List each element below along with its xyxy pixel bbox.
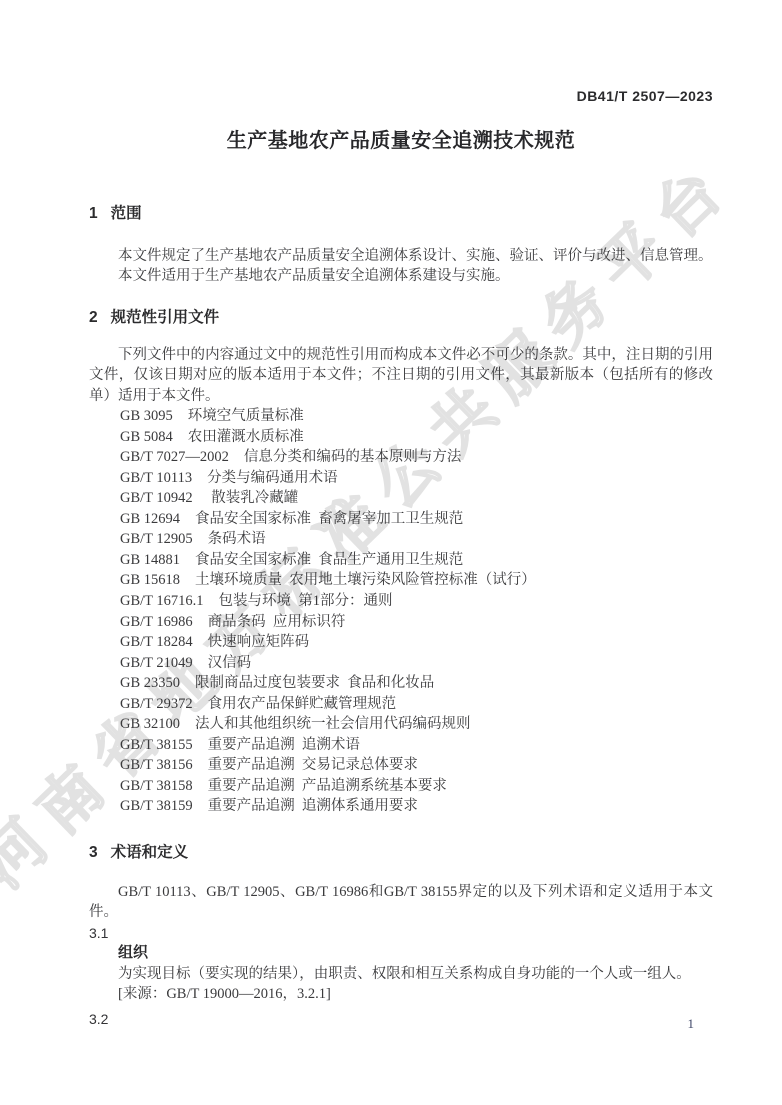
reference-title: 散装乳冷藏罐 xyxy=(208,490,299,506)
reference-title: 限制商品过度包装要求 食品和化妆品 xyxy=(195,675,434,691)
scope-paragraph-1: 本文件规定了生产基地农产品质量安全追溯体系设计、实施、验证、评价与改进、信息管理… xyxy=(89,246,713,266)
reference-code: GB 32100 xyxy=(120,716,180,732)
reference-code: GB 12694 xyxy=(120,511,180,527)
reference-code: GB/T 21049 xyxy=(120,655,193,671)
reference-code: GB 23350 xyxy=(120,675,180,691)
reference-item: GB/T 29372食用农产品保鲜贮藏管理规范 xyxy=(120,694,713,715)
reference-title: 信息分类和编码的基本原则与方法 xyxy=(244,449,462,465)
reference-item: GB/T 18284快速响应矩阵码 xyxy=(120,632,713,653)
reference-item: GB/T 10113分类与编码通用术语 xyxy=(120,468,713,489)
term-definition: 为实现目标（要实现的结果），由职责、权限和相互关系构成自身功能的一个人或一组人。 xyxy=(118,964,713,984)
reference-item: GB/T 38159重要产品追溯 追溯体系通用要求 xyxy=(120,796,713,817)
reference-title: 重要产品追溯 追溯术语 xyxy=(208,737,360,753)
section-terms-heading: 3术语和定义 xyxy=(89,842,713,863)
reference-title: 重要产品追溯 追溯体系通用要求 xyxy=(208,798,418,814)
reference-item: GB 3095环境空气质量标准 xyxy=(120,406,713,427)
reference-code: GB/T 7027—2002 xyxy=(120,449,229,465)
reference-item: GB/T 38155重要产品追溯 追溯术语 xyxy=(120,735,713,756)
term-name: 组织 xyxy=(118,943,713,964)
reference-title: 重要产品追溯 产品追溯系统基本要求 xyxy=(208,778,447,794)
reference-title: 食用农产品保鲜贮藏管理规范 xyxy=(208,696,397,712)
section-references-heading: 2规范性引用文件 xyxy=(89,307,713,328)
reference-item: GB 14881食品安全国家标准 食品生产通用卫生规范 xyxy=(120,550,713,571)
page-content: DB41/T 2507—2023 生产基地农产品质量安全追溯技术规范 1范围 本… xyxy=(89,88,713,1029)
section-references-number: 2 xyxy=(89,309,98,326)
reference-title: 重要产品追溯 交易记录总体要求 xyxy=(208,757,418,773)
document-page: 河南省地方标准公共服务平台 DB41/T 2507—2023 生产基地农产品质量… xyxy=(0,0,782,1105)
reference-code: GB 5084 xyxy=(120,429,173,445)
reference-item: GB/T 16986商品条码 应用标识符 xyxy=(120,612,713,633)
section-terms-number: 3 xyxy=(89,844,98,861)
reference-code: GB/T 10942 xyxy=(120,490,193,506)
reference-title: 食品安全国家标准 畜禽屠宰加工卫生规范 xyxy=(195,511,463,527)
section-scope-number: 1 xyxy=(89,205,98,222)
reference-title: 环境空气质量标准 xyxy=(188,408,304,424)
reference-item: GB 12694食品安全国家标准 畜禽屠宰加工卫生规范 xyxy=(120,509,713,530)
section-scope-heading: 1范围 xyxy=(89,203,713,224)
reference-code: GB 14881 xyxy=(120,552,180,568)
term-number-3-2: 3.2 xyxy=(89,1009,713,1029)
reference-item: GB 23350限制商品过度包装要求 食品和化妆品 xyxy=(120,673,713,694)
reference-code: GB/T 38159 xyxy=(120,798,193,814)
reference-code: GB/T 16986 xyxy=(120,614,193,630)
reference-title: 汉信码 xyxy=(208,655,252,671)
standard-code: DB41/T 2507—2023 xyxy=(89,88,713,104)
reference-title: 条码术语 xyxy=(208,531,266,547)
reference-code: GB/T 38156 xyxy=(120,757,193,773)
reference-code: GB/T 16716.1 xyxy=(120,593,204,609)
section-scope-title: 范围 xyxy=(111,205,142,222)
reference-title: 分类与编码通用术语 xyxy=(207,470,338,486)
reference-item: GB 15618土壤环境质量 农用地土壤污染风险管控标准（试行） xyxy=(120,570,713,591)
reference-item: GB/T 12905条码术语 xyxy=(120,529,713,550)
reference-code: GB/T 38155 xyxy=(120,737,193,753)
reference-code: GB/T 12905 xyxy=(120,531,193,547)
reference-title: 农田灌溉水质标准 xyxy=(188,429,304,445)
section-terms-title: 术语和定义 xyxy=(111,844,189,861)
term-entry-3-1: 3.1 组织 为实现目标（要实现的结果），由职责、权限和相互关系构成自身功能的一… xyxy=(89,923,713,1005)
reference-code: GB/T 10113 xyxy=(120,470,192,486)
references-list: GB 3095环境空气质量标准GB 5084农田灌溉水质标准GB/T 7027—… xyxy=(89,406,713,817)
reference-item: GB/T 7027—2002信息分类和编码的基本原则与方法 xyxy=(120,447,713,468)
reference-item: GB/T 10942 散装乳冷藏罐 xyxy=(120,488,713,509)
page-number: 1 xyxy=(688,1016,695,1032)
reference-title: 商品条码 应用标识符 xyxy=(208,614,346,630)
terms-intro-paragraph: GB/T 10113、GB/T 12905、GB/T 16986和GB/T 38… xyxy=(89,882,713,923)
reference-code: GB 15618 xyxy=(120,572,180,588)
reference-item: GB/T 16716.1包装与环境 第1部分：通则 xyxy=(120,591,713,612)
reference-title: 包装与环境 第1部分：通则 xyxy=(219,593,393,609)
reference-title: 食品安全国家标准 食品生产通用卫生规范 xyxy=(195,552,463,568)
reference-title: 法人和其他组织统一社会信用代码编码规则 xyxy=(195,716,471,732)
document-title: 生产基地农产品质量安全追溯技术规范 xyxy=(89,128,713,154)
reference-item: GB 5084农田灌溉水质标准 xyxy=(120,427,713,448)
scope-paragraph-2: 本文件适用于生产基地农产品质量安全追溯体系建设与实施。 xyxy=(89,266,713,286)
reference-code: GB/T 29372 xyxy=(120,696,193,712)
term-number: 3.1 xyxy=(89,923,713,943)
reference-code: GB/T 38158 xyxy=(120,778,193,794)
reference-item: GB/T 21049汉信码 xyxy=(120,653,713,674)
term-source: [来源：GB/T 19000—2016，3.2.1] xyxy=(118,984,713,1004)
reference-item: GB/T 38156重要产品追溯 交易记录总体要求 xyxy=(120,755,713,776)
reference-code: GB 3095 xyxy=(120,408,173,424)
references-intro-paragraph: 下列文件中的内容通过文中的规范性引用而构成本文件必不可少的条款。其中，注日期的引… xyxy=(89,345,713,406)
section-references-title: 规范性引用文件 xyxy=(111,309,220,326)
reference-title: 快速响应矩阵码 xyxy=(208,634,310,650)
reference-item: GB 32100法人和其他组织统一社会信用代码编码规则 xyxy=(120,714,713,735)
reference-title: 土壤环境质量 农用地土壤污染风险管控标准（试行） xyxy=(195,572,536,588)
reference-item: GB/T 38158重要产品追溯 产品追溯系统基本要求 xyxy=(120,776,713,797)
reference-code: GB/T 18284 xyxy=(120,634,193,650)
